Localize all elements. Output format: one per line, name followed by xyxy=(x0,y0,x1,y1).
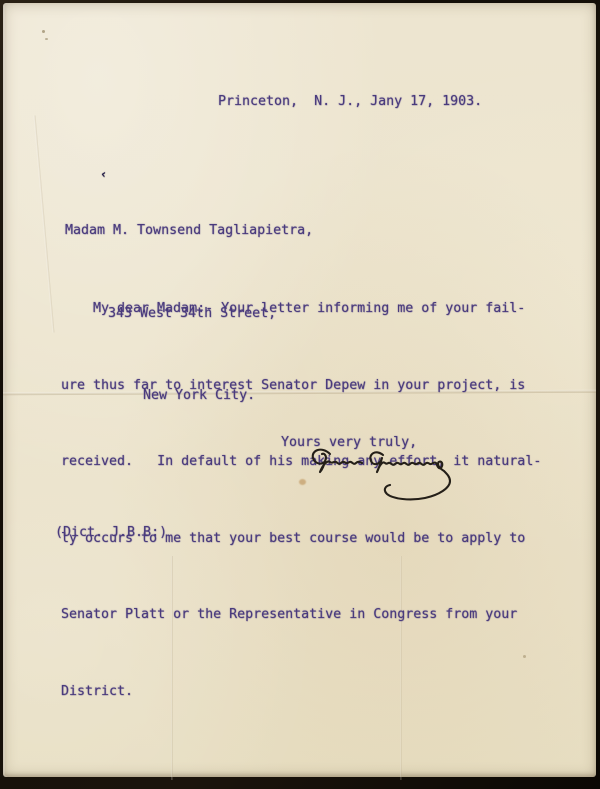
body-line: District. xyxy=(61,679,541,705)
letter-paper: Princeton, N. J., Jany 17, 1903. Madam M… xyxy=(3,3,596,777)
body-line: ure thus far to interest Senator Depew i… xyxy=(61,373,541,399)
diagonal-crease xyxy=(34,115,55,332)
dictation-note: (Dict. J.B.B:) xyxy=(55,520,167,546)
dateline: Princeton, N. J., Jany 17, 1903. xyxy=(218,89,482,115)
body-line: My dear Madam:- Your letter informing me… xyxy=(93,296,541,322)
scanned-letter-image: Princeton, N. J., Jany 17, 1903. Madam M… xyxy=(0,0,600,789)
body-line: Senator Platt or the Representative in C… xyxy=(61,602,541,628)
signature-stroke-first-name xyxy=(313,450,362,472)
signature xyxy=(303,444,495,516)
paper-speck xyxy=(45,38,48,40)
recipient-line: Madam M. Townsend Tagliapietra, xyxy=(65,217,313,245)
signature-stroke-last-name xyxy=(370,452,450,499)
paper-speck xyxy=(42,30,45,33)
